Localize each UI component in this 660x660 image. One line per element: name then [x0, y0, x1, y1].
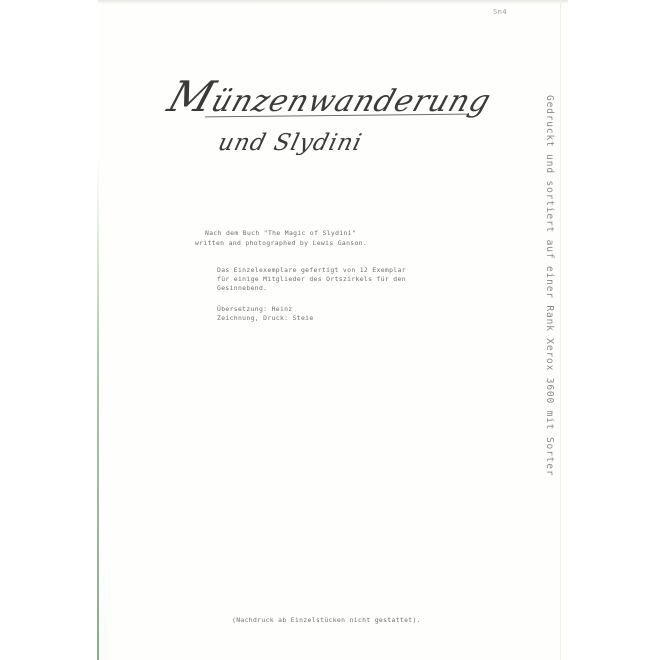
edition-note: Das Einzelexemplare gefertigt von 12 Exe…	[217, 266, 406, 293]
corner-pencil-note: Sn4	[493, 8, 507, 16]
page-left-edge	[97, 160, 99, 660]
handwritten-subtitle: und Slydini	[216, 130, 365, 156]
edition-line: für einige Mitglieder des Ortszirkels fü…	[217, 275, 406, 284]
vertical-print-note: Gedruckt und sortiert auf einer Rank Xer…	[544, 95, 555, 476]
credit-line-author: written and photographed by Lewis Ganson…	[195, 239, 367, 248]
edition-line: Das Einzelexemplare gefertigt von 12 Exe…	[217, 266, 406, 275]
translator-line: Übersetzung: Heinz	[217, 305, 314, 314]
page-right-edge	[560, 0, 561, 660]
contributors-block: Übersetzung: HeinzZeichnung, Druck: Stei…	[217, 305, 314, 323]
edition-line: Gesinnebend.	[217, 284, 406, 293]
illustration-print-line: Zeichnung, Druck: Steie	[217, 314, 314, 323]
credit-line-source: Nach dem Buch "The Magic of Slydini"	[205, 229, 356, 238]
page-top-shadow	[98, 0, 568, 4]
reprint-notice: (Nachdruck ab Einzelstücken nicht gestat…	[232, 616, 421, 625]
